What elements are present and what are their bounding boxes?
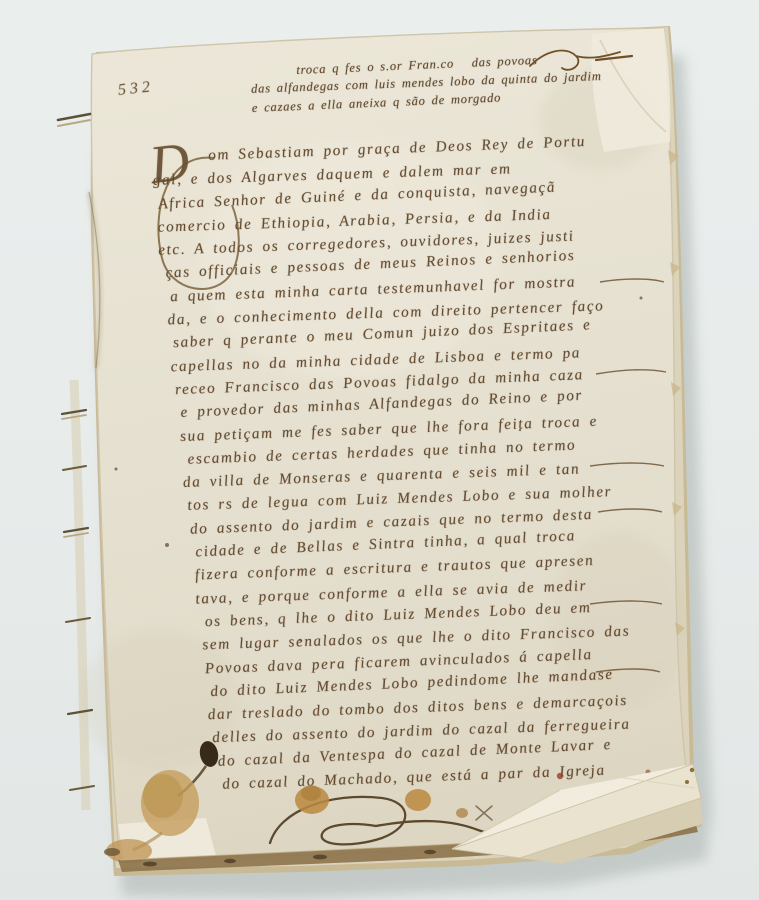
signature-paraph: [270, 797, 636, 845]
binding-stitches: [58, 114, 94, 790]
bottom-left-under-wedge: [118, 818, 216, 862]
bottom-deckle-edge: [104, 818, 698, 872]
photograph-scene: 532 troca q fes o s.or Fran.co das povoa…: [0, 0, 759, 900]
manuscript-body: om Sebastiam por graça de Deos Rey de Po…: [149, 127, 746, 797]
folio-number: 532: [117, 78, 155, 100]
manuscript-header: troca q fes o s.or Fran.co das povoasdas…: [250, 45, 672, 117]
left-edge-crease: [74, 192, 100, 810]
